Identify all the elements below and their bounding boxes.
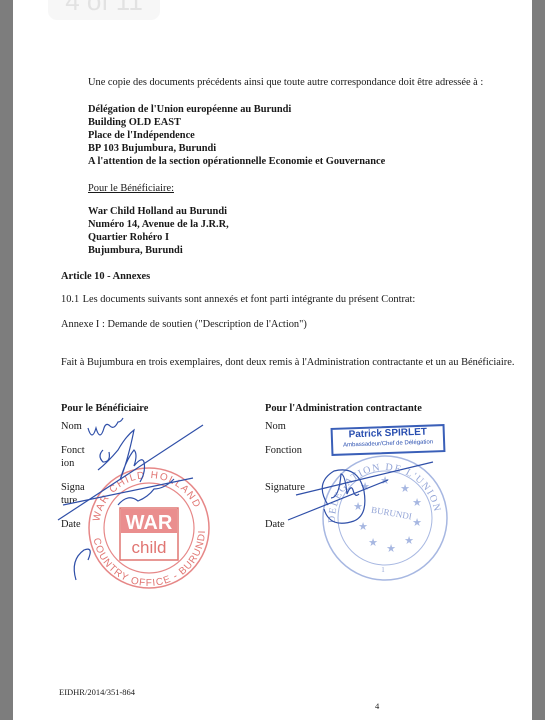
- administration-signature-block: Pour l'Administration contractante Nom F…: [265, 403, 422, 532]
- address-line: War Child Holland au Burundi: [88, 205, 229, 218]
- svg-text:★: ★: [404, 534, 414, 547]
- beneficiary-label: Pour le Bénéficiaire:: [88, 182, 174, 195]
- address-line: Bujumbura, Burundi: [88, 244, 229, 257]
- svg-text:★: ★: [386, 542, 396, 555]
- signature-heading: Pour le Bénéficiaire: [61, 403, 148, 421]
- address-line: Quartier Rohéro I: [88, 231, 229, 244]
- footer-reference: EIDHR/2014/351-864: [59, 686, 135, 699]
- address-line: Numéro 14, Avenue de la J.R.R,: [88, 218, 229, 231]
- address-line: A l'attention de la section opérationnel…: [88, 155, 385, 168]
- war-child-logo-bottom: child: [132, 538, 167, 557]
- signature-heading: Pour l'Administration contractante: [265, 403, 422, 421]
- svg-text:COUNTRY OFFICE - BURUNDI: COUNTRY OFFICE - BURUNDI: [91, 529, 208, 589]
- svg-text:★: ★: [368, 536, 378, 549]
- intro-paragraph: Une copie des documents précédents ainsi…: [88, 76, 488, 89]
- article-title: Article 10 - Annexes: [61, 270, 150, 283]
- address-line: Building OLD EAST: [88, 116, 385, 129]
- field-fonction: Fonct ion: [61, 445, 148, 482]
- address-line: BP 103 Bujumbura, Burundi: [88, 142, 385, 155]
- document-page: 4 of 11 Une copie des documents précéden…: [13, 0, 532, 720]
- field-signature: Signa ture: [61, 482, 148, 519]
- field-date: Date: [265, 519, 422, 532]
- field-date: Date: [61, 519, 148, 532]
- eu-seal-number: 1: [381, 566, 385, 574]
- page-indicator: 4 of 11: [48, 0, 160, 20]
- annexe-line: Annexe I : Demande de soutien ("Descript…: [61, 318, 307, 331]
- field-signature: Signature: [265, 482, 422, 519]
- article-clause: 10.1 Les documents suivants sont annexés…: [61, 293, 415, 306]
- address-line: Place de l'Indépendence: [88, 129, 385, 142]
- clause-text: Les documents suivants sont annexés et f…: [83, 294, 416, 305]
- field-nom: Nom: [61, 421, 148, 445]
- beneficiary-address: War Child Holland au Burundi Numéro 14, …: [88, 205, 229, 257]
- clause-number: 10.1: [61, 293, 80, 306]
- footer-page-number: 4: [375, 700, 379, 713]
- war-child-ring-bottom: COUNTRY OFFICE - BURUNDI: [91, 529, 208, 589]
- address-line: Délégation de l'Union européenne au Buru…: [88, 103, 385, 116]
- delegation-address: Délégation de l'Union européenne au Buru…: [88, 103, 385, 168]
- done-at-paragraph: Fait à Bujumbura en trois exemplaires, d…: [61, 356, 516, 369]
- beneficiary-signature-block: Pour le Bénéficiaire Nom Fonct ion Signa…: [61, 403, 148, 532]
- eu-name-stamp: Patrick SPIRLET Ambassadeur/Chef de Délé…: [331, 424, 446, 456]
